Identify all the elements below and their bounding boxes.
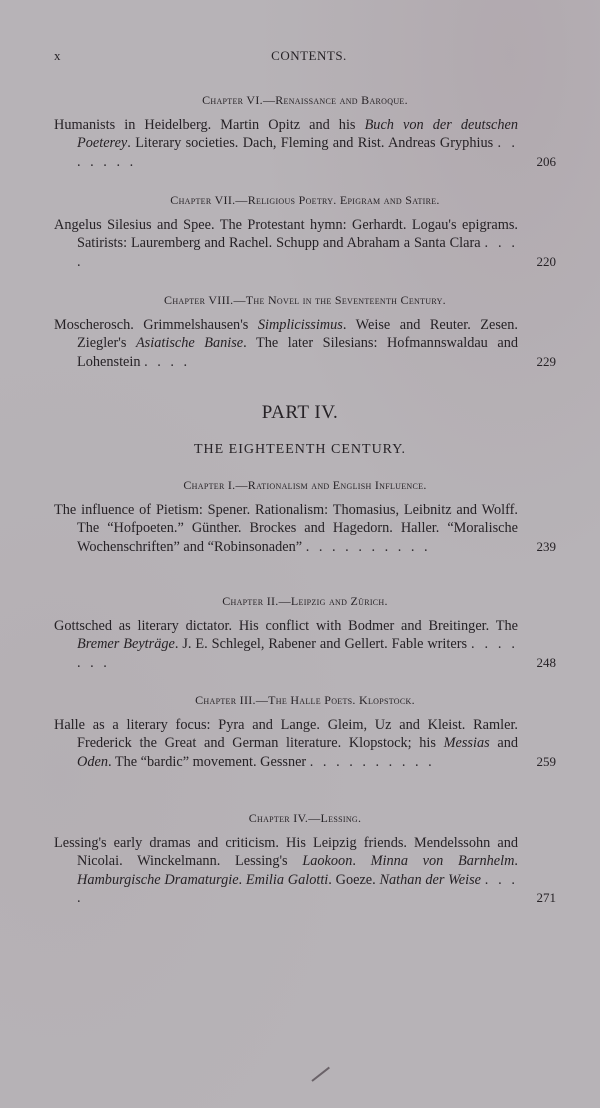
italic-title: Laokoon xyxy=(302,853,352,869)
toc-entry: Angelus Silesius and Spee. The Protestan… xyxy=(54,216,556,271)
italic-title: Oden xyxy=(77,754,108,770)
page-number: 239 xyxy=(537,538,557,556)
chapter-heading: Chapter IV.—Lessing. xyxy=(54,808,556,828)
chapter-heading: Chapter II.—Leipzig and Zürich. xyxy=(54,591,556,611)
toc-section-p4-ch2: Chapter II.—Leipzig and Zürich. Gottsche… xyxy=(54,591,556,672)
dot-leader: . . . . . . . . . . xyxy=(306,539,431,555)
book-page: x CONTENTS. Chapter VI.—Renaissance and … xyxy=(0,0,600,1108)
toc-section-p4-ch4: Chapter IV.—Lessing. Lessing's early dra… xyxy=(54,808,556,907)
toc-section-ch8: Chapter VIII.—The Novel in the Seventeen… xyxy=(54,290,556,371)
page-number: 271 xyxy=(537,889,557,907)
page-number: 206 xyxy=(537,153,557,171)
toc-entry: The influence of Pietism: Spener. Ration… xyxy=(54,501,556,556)
chapter-heading: Chapter I.—Rationalism and English Influ… xyxy=(54,475,556,495)
chapter-heading: Chapter VII.—Religious Poetry. Epigram a… xyxy=(54,190,556,210)
toc-entry: Moscherosch. Grimmelshausen's Simpliciss… xyxy=(54,316,556,371)
chapter-heading: Chapter III.—The Halle Poets. Klopstock. xyxy=(54,690,556,710)
running-head: x CONTENTS. xyxy=(54,48,554,68)
italic-title: Minna von Barnhelm xyxy=(371,853,515,869)
italic-title: Simplicissimus xyxy=(258,317,343,333)
page-number: 248 xyxy=(537,654,557,672)
italic-title: Nathan der Weise xyxy=(379,872,481,888)
part-subtitle: THE EIGHTEENTH CENTURY. xyxy=(0,442,600,458)
toc-section-ch7: Chapter VII.—Religious Poetry. Epigram a… xyxy=(54,190,556,271)
chapter-heading: Chapter VIII.—The Novel in the Seventeen… xyxy=(54,290,556,310)
italic-title: Emilia Galotti xyxy=(246,872,328,888)
italic-title: Bremer Beyträge xyxy=(77,636,175,652)
pencil-mark xyxy=(311,1067,330,1082)
toc-section-p4-ch3: Chapter III.—The Halle Poets. Klopstock.… xyxy=(54,690,556,771)
part-title: PART IV. xyxy=(0,402,600,424)
italic-title: Asiatische Banise xyxy=(136,335,243,351)
page-number: 229 xyxy=(537,353,557,371)
toc-section-ch6: Chapter VI.—Renaissance and Baroque. Hum… xyxy=(54,90,556,171)
dot-leader: . . . . xyxy=(144,354,190,370)
toc-section-p4-ch1: Chapter I.—Rationalism and English Influ… xyxy=(54,475,556,556)
italic-title: Messias xyxy=(444,735,490,751)
toc-entry: Halle as a literary focus: Pyra and Lang… xyxy=(54,716,556,771)
page-number: 259 xyxy=(537,753,557,771)
chapter-heading: Chapter VI.—Renaissance and Baroque. xyxy=(54,90,556,110)
toc-entry: Lessing's early dramas and criticism. Hi… xyxy=(54,834,556,907)
page-number: 220 xyxy=(537,253,557,271)
italic-title: Hamburgische Dramaturgie xyxy=(77,872,239,888)
running-title: CONTENTS. xyxy=(54,48,554,64)
toc-entry: Gottsched as literary dictator. His conf… xyxy=(54,617,556,672)
dot-leader: . . . . . . . . . . xyxy=(310,754,435,770)
toc-entry: Humanists in Heidelberg. Martin Opitz an… xyxy=(54,116,556,171)
